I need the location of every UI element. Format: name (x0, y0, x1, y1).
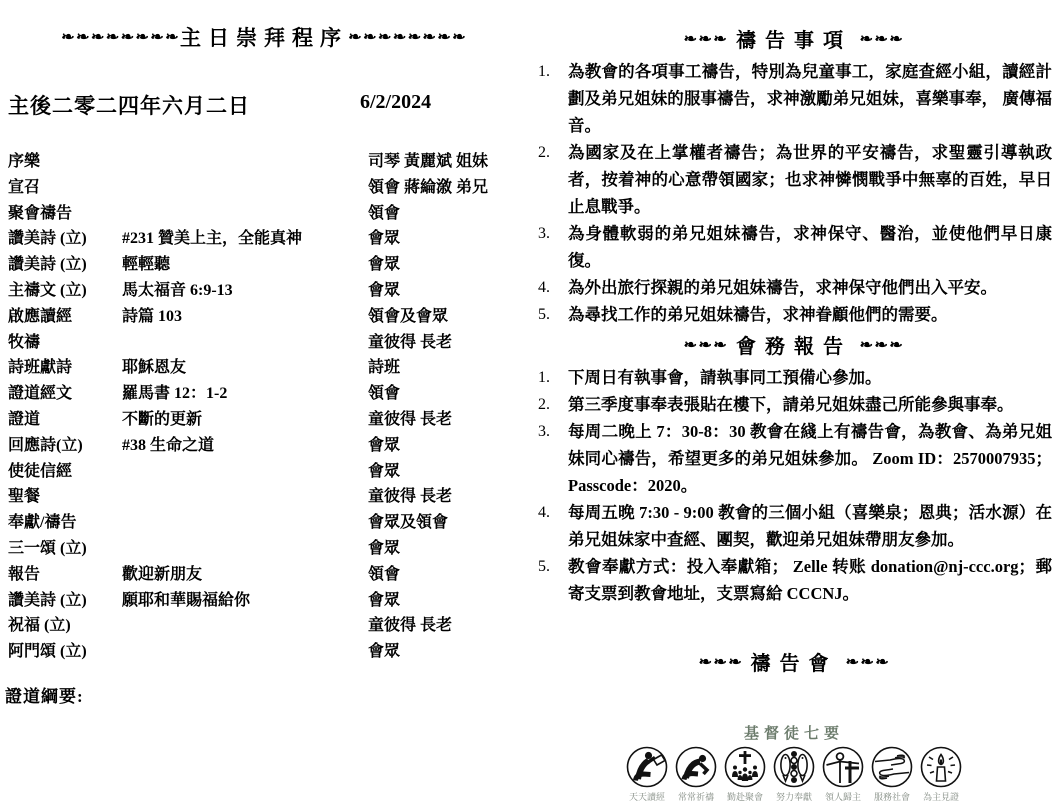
program-item-leader: 領會 (368, 380, 522, 406)
prayer-items-title: 禱告事項 (736, 24, 852, 53)
program-item-content: #231 贊美上主，全能真神 (122, 225, 368, 251)
program-item-label: 聚會禱告 (8, 200, 122, 226)
program-item-content (122, 509, 368, 535)
list-item: 4. 為外出旅行探親的弟兄姐妹禱告，求神保守他們出入平安。 (538, 274, 1052, 301)
list-item-text: 為教會的各項事工禱告，特別為兒童事工，家庭查經小組，讀經計劃及弟兄姐妹的服事禱告… (568, 58, 1052, 139)
list-item-number: 1. (538, 364, 568, 391)
logo-item-label: 常常祈禱 (673, 790, 720, 803)
program-item-leader: 會眾 (368, 587, 522, 613)
ornament-swirl-right: ❧❧❧ (860, 337, 905, 353)
program-item-content (122, 200, 368, 226)
program-item-label: 讚美詩 (立) (8, 251, 122, 277)
program-item-content (122, 638, 368, 664)
program-item-leader: 領會及會眾 (368, 303, 522, 329)
ornament-swirl-left: ❧❧❧❧❧❧❧❧ (61, 29, 180, 45)
christian-seven-essentials-logo: 基督徒七要 天天讀經 (620, 722, 968, 803)
program-item-label: 回應詩(立) (8, 432, 122, 458)
program-item-content (122, 148, 368, 174)
prayer-items-list: 1. 為教會的各項事工禱告，特別為兒童事工，家庭查經小組，讀經計劃及弟兄姐妹的服… (538, 58, 1052, 328)
logo-item-label: 勤赴聚會 (722, 790, 769, 803)
list-item-number: 4. (538, 274, 568, 301)
list-item-number: 5. (538, 553, 568, 607)
program-item-leader: 領會 (368, 200, 522, 226)
program-table: 序樂 司琴 黃麗斌 姐妹 宣召 領會 蔣綸漵 弟兄 聚會禱告 領會 讚美詩 (立… (8, 148, 522, 664)
read-bible-icon (624, 745, 671, 789)
program-item-leader: 童彼得 長老 (368, 329, 522, 355)
witness-icon (918, 745, 965, 789)
announcements-column: ❧❧❧ 禱告事項 ❧❧❧ 1. 為教會的各項事工禱告，特別為兒童事工，家庭查經小… (534, 0, 1054, 808)
program-item-label: 證道經文 (8, 380, 122, 406)
program-item-leader: 會眾 (368, 458, 522, 484)
logo-item: 勤赴聚會 (722, 745, 769, 803)
program-item-leader: 領會 蔣綸漵 弟兄 (368, 174, 522, 200)
logo-item: 領人歸主 (820, 745, 867, 803)
program-item-content: #38 生命之道 (122, 432, 368, 458)
program-item-leader: 童彼得 長老 (368, 612, 522, 638)
list-item-text: 每周五晚 7:30 - 9:00 教會的三個小組（喜樂泉；恩典；活水源）在弟兄姐… (568, 499, 1052, 553)
ornament-swirl-right: ❧❧❧ (860, 31, 905, 47)
date-numeric: 6/2/2024 (360, 91, 431, 114)
program-item-leader: 會眾 (368, 225, 522, 251)
list-item-number: 2. (538, 391, 568, 418)
program-item-content: 羅馬書 12：1-2 (122, 380, 368, 406)
list-item-text: 每周二晚上 7：30-8：30 教會在綫上有禱告會，為教會、為弟兄姐妹同心禱告，… (568, 418, 1052, 499)
date-chinese: 主後二零二四年六月二日 (8, 94, 250, 118)
list-item-text: 為國家及在上掌權者禱告；為世界的平安禱告，求聖靈引導執政者，按着神的心意帶領國家… (568, 139, 1052, 220)
program-item-label: 讚美詩 (立) (8, 225, 122, 251)
list-item: 1. 下周日有執事會，請執事同工預備心參加。 (538, 364, 1052, 391)
logo-item: 服務社會 (869, 745, 916, 803)
program-item-content (122, 458, 368, 484)
page-title: 主日崇拜程序 (180, 22, 348, 52)
list-item-text: 教會奉獻方式：投入奉獻箱； Zelle 转账 donation@nj-ccc.o… (568, 553, 1052, 607)
ornament-swirl-right: ❧❧❧❧❧❧❧❧ (348, 29, 467, 45)
list-item-text: 第三季度事奉表張貼在樓下，請弟兄姐妹盡己所能參與事奉。 (568, 391, 1052, 418)
program-item-content: 不斷的更新 (122, 406, 368, 432)
program-item-label: 宣召 (8, 174, 122, 200)
logo-item-label: 為主見證 (918, 790, 965, 803)
logo-item-label: 服務社會 (869, 790, 916, 803)
list-item-text: 為尋找工作的弟兄姐妹禱告，求神眷顧他們的需要。 (568, 301, 1052, 328)
program-item-leader: 會眾 (368, 535, 522, 561)
program-item-label: 聖餐 (8, 483, 122, 509)
prayer-items-header: ❧❧❧ 禱告事項 ❧❧❧ (534, 24, 1054, 53)
lead-to-lord-icon (820, 745, 867, 789)
logo-item: 天天讀經 (624, 745, 671, 803)
worship-program-header: ❧❧❧❧❧❧❧❧ 主日崇拜程序 ❧❧❧❧❧❧❧❧ (0, 22, 528, 52)
list-item: 3. 為身體軟弱的弟兄姐妹禱告，求神保守、醫治，並使他們早日康復。 (538, 220, 1052, 274)
serve-society-icon (869, 745, 916, 789)
logo-item: 常常祈禱 (673, 745, 720, 803)
ornament-swirl-right: ❧❧❧ (845, 654, 890, 670)
list-item: 2. 為國家及在上掌權者禱告；為世界的平安禱告，求聖靈引導執政者，按着神的心意帶… (538, 139, 1052, 220)
logo-item-label: 努力奉獻 (771, 790, 818, 803)
program-item-content: 詩篇 103 (122, 303, 368, 329)
program-item-leader: 會眾 (368, 432, 522, 458)
program-item-label: 阿門頌 (立) (8, 638, 122, 664)
program-item-content: 願耶和華賜福給你 (122, 587, 368, 613)
list-item-text: 為外出旅行探親的弟兄姐妹禱告，求神保守他們出入平安。 (568, 274, 1052, 301)
date-row: 主後二零二四年六月二日 6/2/2024 (8, 90, 520, 120)
logo-item: 努力奉獻 (771, 745, 818, 803)
list-item: 1. 為教會的各項事工禱告，特別為兒童事工，家庭查經小組，讀經計劃及弟兄姐妹的服… (538, 58, 1052, 139)
program-item-content (122, 174, 368, 200)
program-item-leader: 童彼得 長老 (368, 483, 522, 509)
list-item-number: 1. (538, 58, 568, 139)
logo-item-label: 天天讀經 (624, 790, 671, 803)
attend-church-icon (722, 745, 769, 789)
program-item-content: 耶穌恩友 (122, 354, 368, 380)
program-item-content (122, 612, 368, 638)
program-item-content (122, 329, 368, 355)
worship-program-column: ❧❧❧❧❧❧❧❧ 主日崇拜程序 ❧❧❧❧❧❧❧❧ 主後二零二四年六月二日 6/2… (0, 0, 528, 808)
program-item-leader: 領會 (368, 561, 522, 587)
program-item-content: 輕輕聽 (122, 251, 368, 277)
ornament-swirl-left: ❧❧❧ (684, 31, 729, 47)
program-item-leader: 會眾及領會 (368, 509, 522, 535)
list-item-text: 為身體軟弱的弟兄姐妹禱告，求神保守、醫治，並使他們早日康復。 (568, 220, 1052, 274)
program-item-leader: 童彼得 長老 (368, 406, 522, 432)
program-item-label: 牧禱 (8, 329, 122, 355)
prayer-meeting-title: 禱告會 (751, 647, 838, 676)
program-item-label: 三一頌 (立) (8, 535, 122, 561)
offering-icon (771, 745, 818, 789)
program-item-content (122, 483, 368, 509)
list-item-number: 5. (538, 301, 568, 328)
church-affairs-list: 1. 下周日有執事會，請執事同工預備心參加。 2. 第三季度事奉表張貼在樓下，請… (538, 364, 1052, 607)
program-item-leader: 司琴 黃麗斌 姐妹 (368, 148, 522, 174)
program-item-content: 馬太福音 6:9-13 (122, 277, 368, 303)
sermon-outline-label: 證道綱要: (5, 682, 84, 707)
program-item-label: 讚美詩 (立) (8, 587, 122, 613)
list-item-number: 4. (538, 499, 568, 553)
program-item-leader: 會眾 (368, 251, 522, 277)
list-item: 5. 教會奉獻方式：投入奉獻箱； Zelle 转账 donation@nj-cc… (538, 553, 1052, 607)
list-item-number: 3. (538, 418, 568, 499)
ornament-swirl-left: ❧❧❧ (684, 337, 729, 353)
ornament-swirl-left: ❧❧❧ (698, 654, 743, 670)
program-item-label: 奉獻/禱告 (8, 509, 122, 535)
program-item-content: 歡迎新朋友 (122, 561, 368, 587)
list-item-number: 2. (538, 139, 568, 220)
program-item-label: 證道 (8, 406, 122, 432)
list-item-text: 下周日有執事會，請執事同工預備心參加。 (568, 364, 1052, 391)
program-item-content (122, 535, 368, 561)
list-item: 2. 第三季度事奉表張貼在樓下，請弟兄姐妹盡己所能參與事奉。 (538, 391, 1052, 418)
church-affairs-header: ❧❧❧ 會務報告 ❧❧❧ (534, 330, 1054, 359)
pray-icon (673, 745, 720, 789)
program-item-leader: 詩班 (368, 354, 522, 380)
list-item: 3. 每周二晚上 7：30-8：30 教會在綫上有禱告會，為教會、為弟兄姐妹同心… (538, 418, 1052, 499)
program-item-label: 啟應讀經 (8, 303, 122, 329)
program-item-label: 序樂 (8, 148, 122, 174)
logo-title: 基督徒七要 (620, 722, 968, 743)
program-item-label: 主禱文 (立) (8, 277, 122, 303)
list-item: 5. 為尋找工作的弟兄姐妹禱告，求神眷顧他們的需要。 (538, 301, 1052, 328)
program-item-label: 祝福 (立) (8, 612, 122, 638)
prayer-meeting-header: ❧❧❧ 禱告會 ❧❧❧ (534, 647, 1054, 676)
church-affairs-title: 會務報告 (736, 330, 852, 359)
program-item-leader: 會眾 (368, 638, 522, 664)
logo-item-label: 領人歸主 (820, 790, 867, 803)
program-item-label: 詩班獻詩 (8, 354, 122, 380)
list-item-number: 3. (538, 220, 568, 274)
logo-icon-row: 天天讀經 常常祈禱 (620, 745, 968, 803)
list-item: 4. 每周五晚 7:30 - 9:00 教會的三個小組（喜樂泉；恩典；活水源）在… (538, 499, 1052, 553)
logo-item: 為主見證 (918, 745, 965, 803)
program-item-label: 報告 (8, 561, 122, 587)
program-item-leader: 會眾 (368, 277, 522, 303)
program-item-label: 使徒信經 (8, 458, 122, 484)
